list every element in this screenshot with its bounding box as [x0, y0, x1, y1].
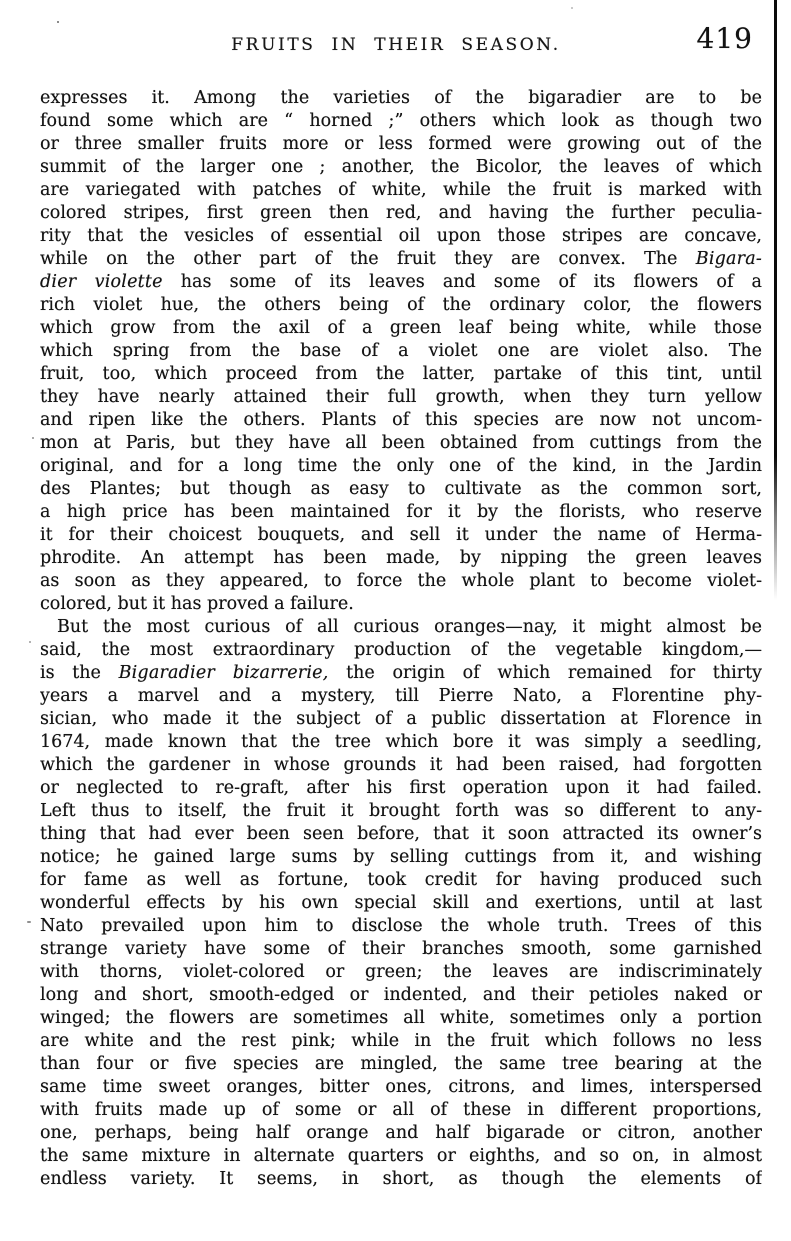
text-line: are white and the rest pink; while in th…	[40, 1030, 762, 1053]
scan-speck	[571, 7, 573, 9]
text-line: winged; the flowers are sometimes all wh…	[40, 1007, 762, 1030]
text-line: expresses it. Among the varieties of the…	[40, 87, 762, 110]
text-line: rity that the vesicles of essential oil …	[40, 225, 762, 248]
text-line: for fame as well as fortune, took credit…	[40, 869, 762, 892]
text-line: which spring from the base of a violet o…	[40, 340, 762, 363]
text-line: original, and for a long time the only o…	[40, 455, 762, 478]
text-line: than four or five species are mingled, t…	[40, 1053, 762, 1076]
scan-speck	[29, 641, 31, 643]
text-line: same time sweet oranges, bitter ones, ci…	[40, 1076, 762, 1099]
text-line: years a marvel and a mystery, till Pierr…	[40, 685, 762, 708]
text-line: with thorns, violet-colored or green; th…	[40, 961, 762, 984]
text-line: one, perhaps, being half orange and half…	[40, 1122, 762, 1145]
text-line: wonderful effects by his own special ski…	[40, 892, 762, 915]
text-line: they have nearly attained their full gro…	[40, 386, 762, 409]
text-line: the same mixture in alternate quarters o…	[40, 1145, 762, 1168]
text-line: But the most curious of all curious oran…	[40, 616, 762, 639]
text-line: endless variety. It seems, in short, as …	[40, 1168, 762, 1191]
text-line: Left thus to itself, the fruit it brough…	[40, 800, 762, 823]
scan-edge-line	[774, 0, 777, 600]
text-line: rich violet hue, the others being of the…	[40, 294, 762, 317]
text-line: colored stripes, first green then red, a…	[40, 202, 762, 225]
text-line: a high price has been maintained for it …	[40, 501, 762, 524]
text-line: as soon as they appeared, to force the w…	[40, 570, 762, 593]
text-line: with fruits made up of some or all of th…	[40, 1099, 762, 1122]
text-line: phrodite. An attempt has been made, by n…	[40, 547, 762, 570]
running-title: FRUITS IN THEIR SEASON.	[40, 35, 752, 55]
text-line: or three smaller fruits more or less for…	[40, 133, 762, 156]
scanned-book-page: FRUITS IN THEIR SEASON. 419 expresses it…	[0, 0, 791, 1241]
text-line: while on the other part of the fruit the…	[40, 248, 762, 271]
text-line: found some which are “ horned ;” others …	[40, 110, 762, 133]
text-line: strange variety have some of their branc…	[40, 938, 762, 961]
text-line: dier violette has some of its leaves and…	[40, 271, 762, 294]
text-line: Nato prevailed upon him to disclose the …	[40, 915, 762, 938]
text-line: long and short, smooth-edged or indented…	[40, 984, 762, 1007]
text-line: notice; he gained large sums by selling …	[40, 846, 762, 869]
text-line: mon at Paris, but they have all been obt…	[40, 432, 762, 455]
text-line: it for their choicest bouquets, and sell…	[40, 524, 762, 547]
text-line: thing that had ever been seen before, th…	[40, 823, 762, 846]
scan-speck	[32, 437, 34, 439]
text-line: are variegated with patches of white, wh…	[40, 179, 762, 202]
text-line: which the gardener in whose grounds it h…	[40, 754, 762, 777]
text-line: summit of the larger one ; another, the …	[40, 156, 762, 179]
text-line: said, the most extraordinary production …	[40, 639, 762, 662]
text-line: 1674, made known that the tree which bor…	[40, 731, 762, 754]
page-body: expresses it. Among the varieties of the…	[40, 87, 762, 1191]
text-line: fruit, too, which proceed from the latte…	[40, 363, 762, 386]
text-line: colored, but it has proved a failure.	[40, 593, 762, 616]
page-number: 419	[697, 22, 753, 55]
scan-speck	[133, 209, 135, 211]
text-line: sician, who made it the subject of a pub…	[40, 708, 762, 731]
scan-speck	[57, 21, 59, 23]
text-line: des Plantes; but though as easy to culti…	[40, 478, 762, 501]
scan-speck	[27, 921, 31, 923]
text-line: and ripen like the others. Plants of thi…	[40, 409, 762, 432]
text-line: which grow from the axil of a green leaf…	[40, 317, 762, 340]
text-line: is the Bigaradier bizarrerie, the origin…	[40, 662, 762, 685]
text-line: or neglected to re-graft, after his firs…	[40, 777, 762, 800]
